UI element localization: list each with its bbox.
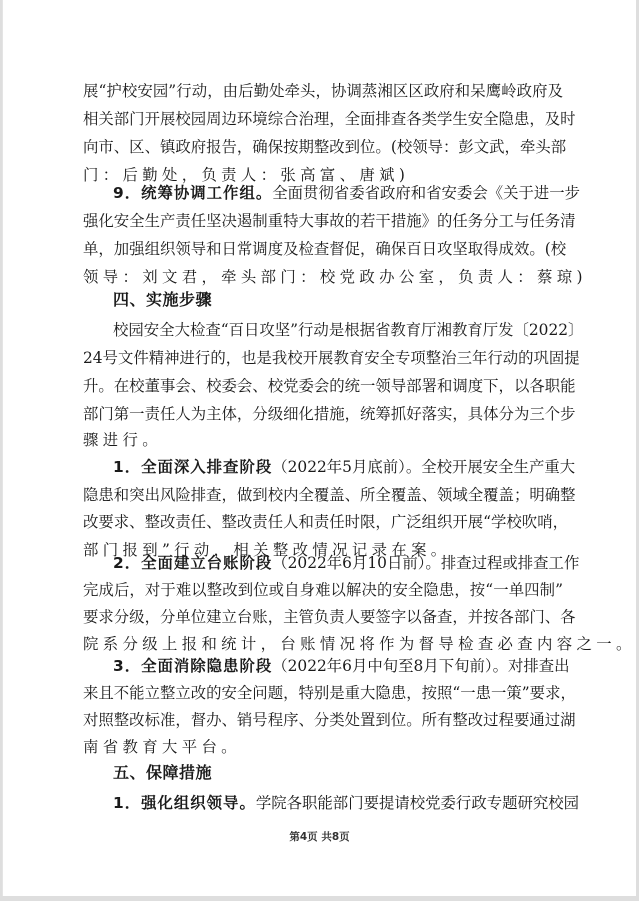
measure-1-first-line: 1．强化组织领导。学院各职能部门要提请校党委行政专题研究校园 <box>113 792 563 814</box>
paragraph-line: 来且不能立整立改的安全问题，特别是重大隐患，按照“一患一策”要求， <box>83 682 563 704</box>
document-page: 展“护校安园”行动，由后勤处牵头，协调蒸湘区区政府和呆鹰岭政府及 相关部门开展校… <box>2 0 636 896</box>
paragraph-line: 骤进行。 <box>83 429 162 451</box>
paragraph-line: 强化安全生产责任坚决遏制重特大事故的若干措施》的任务分工与任务清 <box>83 210 563 232</box>
paragraph-line: 24号文件精神进行的，也是我校开展教育安全专项整治三年行动的巩固提 <box>83 347 563 369</box>
paragraph-line: 南省教育大平台。 <box>83 736 241 758</box>
step-3-title: 3．全面消除隐患阶段 <box>113 657 272 675</box>
page-number-footer: 第4页 共8页 <box>3 829 636 844</box>
paragraph-line: 对照整改标准，督办、销号程序、分类处置到位。所有整改过程要通过湖 <box>83 709 563 731</box>
paragraph-line: 领导：刘文君，牵头部门：校党政办公室，负责人：蔡琼) <box>83 266 587 288</box>
item-9-title: 9．统筹协调工作组。 <box>113 184 272 202</box>
step-1-first-line: 1．全面深入排查阶段（2022年5月底前）。全校开展安全生产重大 <box>113 456 563 478</box>
item-9-first-line: 9．统筹协调工作组。全面贯彻省委省政府和省安委会《关于进一步 <box>113 182 563 204</box>
step-3-text: （2022年6月中旬至8月下旬前）。对排查出 <box>272 657 569 675</box>
paragraph-line: 隐患和突出风险排查，做到校内全覆盖、所全覆盖、领域全覆盖；明确整 <box>83 484 563 506</box>
measure-1-title: 1．强化组织领导。 <box>113 794 256 812</box>
section-4-heading: 四、实施步骤 <box>113 288 212 312</box>
paragraph-line: 升。在校董事会、校委会、校党委会的统一领导部署和调度下，以各职能 <box>83 375 563 397</box>
paragraph-line: 向市、区、镇政府报告，确保按期整改到位。(校领导：彭文武，牵头部 <box>83 136 563 158</box>
step-3-first-line: 3．全面消除隐患阶段（2022年6月中旬至8月下旬前）。对排查出 <box>113 655 563 677</box>
step-2-text: （2022年6月10日前）。排查过程或排查工作 <box>272 554 579 572</box>
item-9-text: 全面贯彻省委省政府和省安委会《关于进一步 <box>272 184 580 202</box>
paragraph-line: 部门第一责任人为主体，分级细化措施，统筹抓好落实，具体分为三个步 <box>83 403 563 425</box>
paragraph-line: 单，加强组织领导和日常调度及检查督促，确保百日攻坚取得成效。(校 <box>83 238 563 260</box>
paragraph-line: 展“护校安园”行动，由后勤处牵头，协调蒸湘区区政府和呆鹰岭政府及 <box>83 80 563 102</box>
paragraph-line: 完成后，对于难以整改到位或自身难以解决的安全隐患，按“一单四制” <box>83 579 563 601</box>
step-2-first-line: 2．全面建立台账阶段（2022年6月10日前）。排查过程或排查工作 <box>113 552 563 574</box>
step-1-text: （2022年5月底前）。全校开展安全生产重大 <box>272 458 575 476</box>
paragraph-line: 院系分级上报和统计，台账情况将作为督导检查必查内容之一。 <box>83 633 636 655</box>
paragraph-line: 要求分级，分单位建立台账，主管负责人要签字以备查，并按各部门、各 <box>83 606 563 628</box>
paragraph-line: 改要求、整改责任、整改责任人和责任时限，广泛组织开展“学校吹哨， <box>83 511 563 533</box>
paragraph-line: 相关部门开展校园周边环境综合治理，全面排查各类学生安全隐患，及时 <box>83 108 563 130</box>
step-1-title: 1．全面深入排查阶段 <box>113 458 272 476</box>
section-5-heading: 五、保障措施 <box>113 761 212 785</box>
paragraph-line: 校园安全大检查“百日攻坚”行动是根据省教育厅湘教育厅发〔2022〕 <box>113 319 563 341</box>
step-2-title: 2．全面建立台账阶段 <box>113 554 272 572</box>
measure-1-text: 学院各职能部门要提请校党委行政专题研究校园 <box>256 794 579 812</box>
